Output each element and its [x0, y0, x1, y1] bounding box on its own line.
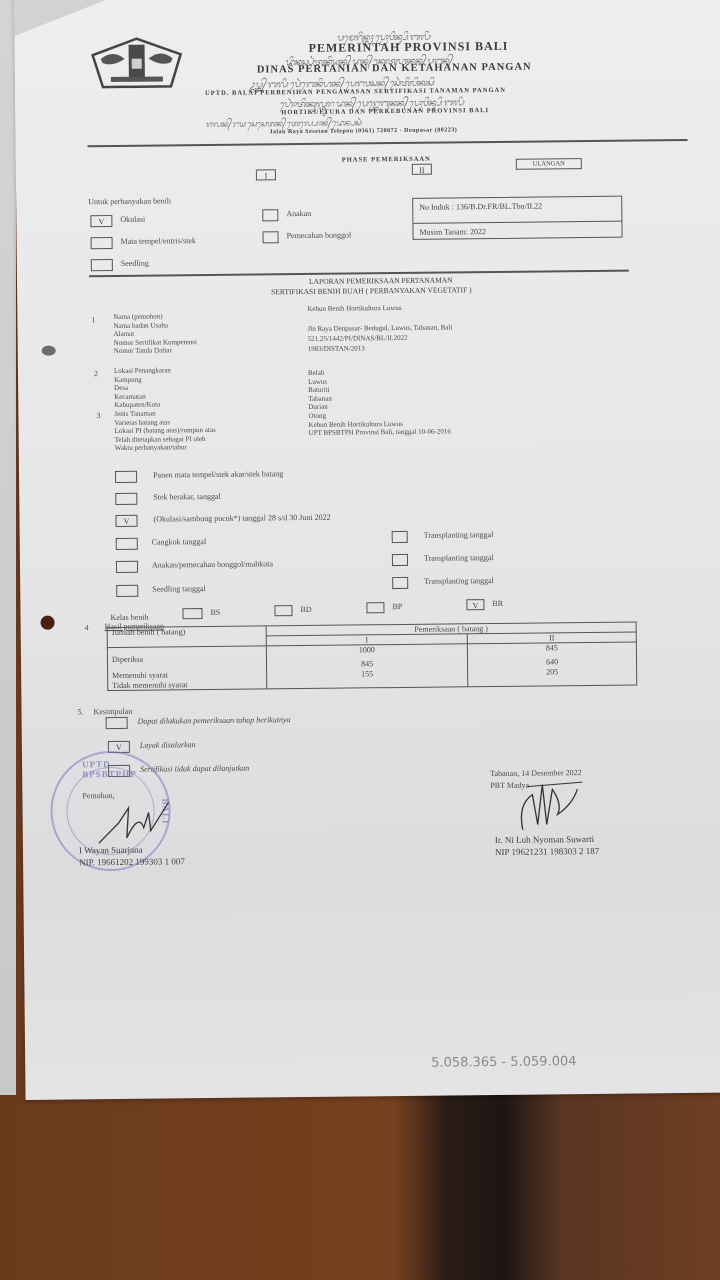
option-stek-berakar-label: Stek berakar, tanggal [153, 492, 221, 502]
signature-right-icon [512, 774, 593, 835]
document-page: ᬧᬫᬾᬭᬶᬦ᭄ᬢᬄ ᬧ᭄ᬭᭀᬯᬶᬦ᭄ᬲᬶ ᬩᬮᬶ PEMERINTAH PROV… [14, 0, 720, 1100]
department-name: DINAS PERTANIAN DAN KETAHANAN PANGAN [257, 62, 532, 76]
kesimpulan-label: Kesimpulan [93, 707, 132, 716]
option-okulasi-label: Okulasi [120, 215, 145, 224]
row-labels: Diperiksa Memenuhi syarat Tidak memenuhi… [107, 646, 266, 691]
label-waktu-perbanyakan: Waktu perbanyakan/tabur [115, 443, 216, 453]
section-3-number: 3 [96, 411, 100, 420]
checkbox-anakan[interactable] [262, 209, 278, 221]
report-title-line-1: LAPORAN PEMERIKSAAN PERTANAMAN [309, 275, 453, 286]
section-2-3-values: Belah Luwus Baturiti Tabanan Durian Oton… [308, 367, 451, 437]
checkbox-transplanting-3[interactable] [392, 577, 408, 589]
option-okulasi-tanggal-label: (Okulasi/sambung pucuk*) tanggal 28 s/d … [153, 513, 330, 524]
value-i-tidak-memenuhi: 155 [271, 668, 463, 680]
checkbox-kelas-bp[interactable] [366, 602, 384, 613]
transplanting-2-label: Transplanting tanggal [424, 553, 494, 563]
col-header-jumlah-benih: Jumlah benih ( batang) [107, 626, 266, 648]
bali-province-emblem-icon [90, 36, 183, 89]
signer-left-name: I Wayan Suarjana [79, 845, 143, 856]
handwritten-serial-range: 5.058.365 - 5.059.004 [431, 1054, 576, 1071]
option-seedling-tanggal-label: Seedling tanggal [152, 584, 206, 594]
background-table-surface [0, 1095, 720, 1280]
registration-info-box: No Induk : 136/B.Dr.FR/BL.Tbn/II.22 Musi… [412, 196, 622, 240]
section-4-number: 4 [85, 623, 89, 632]
kelas-benih-label: Kelas benih [110, 613, 148, 622]
checkbox-mata-tempel[interactable] [91, 237, 113, 249]
signer-right-nip: NIP 19621231 198303 2 187 [495, 846, 599, 857]
section-5-number: 5. [77, 707, 83, 716]
option-seedling-label: Seedling [121, 259, 149, 268]
phase-box-2[interactable]: II [412, 164, 432, 175]
option-cangkok-label: Cangkok tanggal [152, 537, 207, 547]
punch-hole-bottom [41, 616, 55, 630]
value-i-diperiksa: 1000 [271, 644, 463, 656]
option-anakan-label: Anakan [286, 209, 311, 218]
punch-hole-top [42, 346, 56, 356]
no-induk-field: No Induk : 136/B.Dr.FR/BL.Tbn/II.22 [413, 197, 621, 224]
section-1-labels: Nama (pemohon) Nama badan Usaha Alamat N… [113, 312, 197, 356]
option-layak-disalurkan-label: Layak disalurkan [140, 740, 196, 750]
checkbox-okulasi[interactable]: V [90, 215, 112, 227]
value-nama-pemohon: Kebun Benih Hortikultura Luwus [307, 304, 401, 313]
kelas-bd-label: BD [300, 605, 311, 614]
option-panen-mata-tempel-label: Panen mata tempel/stek akar/stek batang [153, 469, 283, 479]
phase-label: PHASE PEMERIKSAAN [342, 156, 431, 164]
checkbox-kelas-br[interactable]: V [466, 599, 484, 610]
report-title-line-2: SERTIFIKASI BENIH BUAH ( PERBANYAKAN VEG… [271, 285, 472, 296]
checkbox-anakan-bonggol[interactable] [116, 561, 138, 573]
option-pemecahan-bonggol-label: Pemecahan bonggol [286, 230, 351, 240]
value-ii-diperiksa: 845 [472, 643, 632, 655]
section-2-number: 2 [94, 369, 98, 378]
kelas-bp-label: BP [392, 602, 402, 611]
label-nomor-tanda-daftar: Nomor Tanda Daftar [114, 346, 197, 355]
phase-box-ulangan[interactable]: ULANGAN [516, 158, 582, 170]
checkbox-cangkok[interactable] [116, 538, 138, 550]
phase-box-1[interactable]: I [256, 169, 276, 180]
background-left [0, 0, 16, 1100]
checkbox-kelas-bs[interactable] [182, 608, 202, 619]
unit-name-line-2: HORTIKULTURA DAN PERKEBUNAN PROVINSI BAL… [281, 107, 489, 116]
stamp-text-top: UPTD BPSBTPHP [82, 758, 168, 779]
section-1-number: 1 [91, 315, 95, 324]
row-label-tidak-memenuhi: Tidak memenuhi syarat [112, 680, 262, 690]
checkbox-seedling[interactable] [91, 259, 113, 271]
option-mata-tempel-label: Mata tempel/entris/stek [121, 236, 196, 246]
office-address: Jalan Raya Sesetan Telepon (0361) 720072… [269, 127, 457, 135]
folded-corner [14, 0, 124, 36]
musim-tanam-field: Musim Tanam: 2022 [413, 222, 621, 241]
kelas-br-label: BR [492, 599, 503, 608]
row-label-diperiksa: Diperiksa [112, 652, 262, 666]
kelas-bs-label: BS [210, 608, 220, 617]
option-anakan-bonggol-label: Anakan/pemecahan bonggol/mahkota [152, 559, 273, 569]
value-nomor-tanda-daftar: 1983/DISTAN/2013 [308, 344, 365, 353]
phase-i-values: 1000 845 155 [266, 644, 467, 689]
checkbox-transplanting-1[interactable] [392, 531, 408, 543]
propagation-label: Untuk perbanyakan benih [88, 196, 171, 206]
letterhead-divider [88, 139, 688, 147]
inspection-results-table: Jumlah benih ( batang) Pemeriksaan ( bat… [107, 622, 638, 692]
checkbox-okulasi-tanggal[interactable]: V [115, 515, 137, 527]
value-ditetapkan-pi: UPT BPSBTPH Provinsi Bali, tanggal 10-06… [309, 428, 451, 438]
signer-left-nip: NIP. 19661202 199303 1 007 [79, 856, 185, 867]
checkbox-kelas-bd[interactable] [274, 605, 292, 616]
phase-ii-values: 845 640 205 [467, 642, 636, 687]
checkbox-transplanting-2[interactable] [392, 554, 408, 566]
checkbox-stek-berakar[interactable] [115, 493, 137, 505]
transplanting-1-label: Transplanting tanggal [424, 530, 494, 540]
value-ii-tidak-memenuhi: 205 [472, 667, 632, 679]
table-row: Diperiksa Memenuhi syarat Tidak memenuhi… [107, 642, 636, 691]
option-pemeriksaan-berikutnya-label: Dapat dilakukan pemeriksaan tahap beriku… [138, 715, 291, 726]
checkbox-pemecahan-bonggol[interactable] [262, 231, 278, 243]
transplanting-3-label: Transplanting tanggal [424, 576, 494, 586]
value-nomor-sertifikat: 521.25/1442/PI/DINAS/BL/II.2022 [308, 334, 408, 343]
signer-right-name: Ir. Ni Luh Nyoman Suwarti [495, 834, 594, 845]
section-2-3-labels: Lokasi Penangkaran Kampung Desa Kecamata… [114, 366, 216, 453]
checkbox-seedling-tanggal[interactable] [116, 585, 138, 597]
checkbox-panen-mata-tempel[interactable] [115, 471, 137, 483]
value-alamat: Jln Raya Denpasar- Bedugul, Luwus, Taban… [307, 323, 452, 333]
checkbox-pemeriksaan-berikutnya[interactable] [106, 717, 128, 729]
